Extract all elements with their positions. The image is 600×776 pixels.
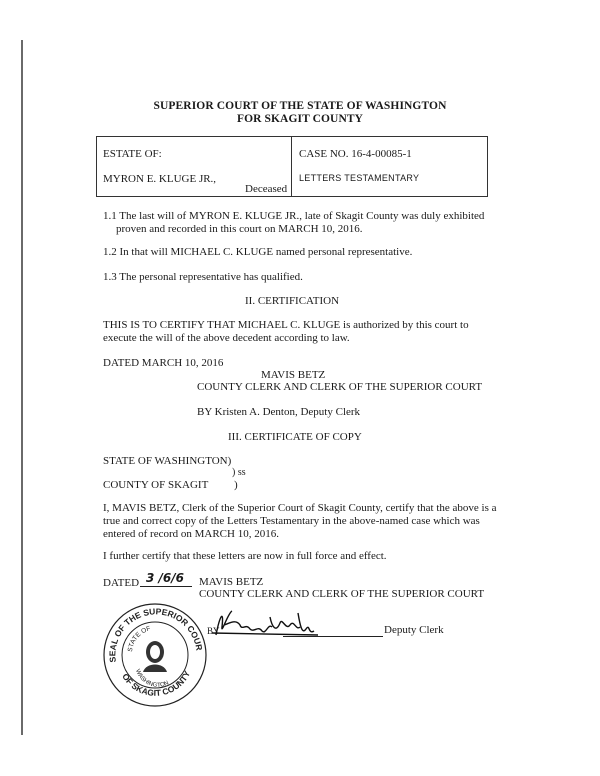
deputy-clerk-line: BY Kristen A. Denton, Deputy Clerk [197, 405, 360, 419]
caption-divider [291, 137, 292, 196]
date-underline [140, 586, 192, 587]
copy-body-1: I, MAVIS BETZ, Clerk of the Superior Cou… [103, 501, 497, 515]
document-type: LETTERS TESTAMENTARY [299, 173, 419, 183]
paragraph-1-1: 1.1 The last will of MYRON E. KLUGE JR.,… [103, 209, 484, 223]
dated-label: DATED [103, 576, 139, 590]
venue-state: STATE OF WASHINGTON) [103, 454, 231, 468]
clerk-title: COUNTY CLERK AND CLERK OF THE SUPERIOR C… [197, 380, 482, 394]
county-name: FOR SKAGIT COUNTY [0, 113, 600, 125]
copy-body-2: true and correct copy of the Letters Tes… [103, 514, 480, 528]
further-certify: I further certify that these letters are… [103, 549, 387, 563]
court-seal-icon: SEAL OF THE SUPERIOR COURT OF SKAGIT COU… [100, 600, 210, 710]
certification-date: DATED MARCH 10, 2016 [103, 356, 223, 370]
certification-body-2: execute the will of the above decedent a… [103, 331, 350, 345]
case-caption-box: ESTATE OF: MYRON E. KLUGE JR., Deceased … [96, 136, 488, 197]
certification-heading: II. CERTIFICATION [245, 294, 339, 308]
copy-body-3: entered of record on MARCH 10, 2016. [103, 527, 279, 541]
decedent-name: MYRON E. KLUGE JR., [103, 172, 216, 186]
certificate-of-copy-heading: III. CERTIFICATE OF COPY [228, 430, 362, 444]
left-margin-rule [21, 40, 23, 735]
copy-clerk-title: COUNTY CLERK AND CLERK OF THE SUPERIOR C… [199, 587, 484, 601]
decedent-status: Deceased [245, 182, 287, 196]
paragraph-1-1-cont: proven and recorded in this court on MAR… [116, 222, 363, 236]
certification-body-1: THIS IS TO CERTIFY THAT MICHAEL C. KLUGE… [103, 318, 469, 332]
paragraph-1-2: 1.2 In that will MICHAEL C. KLUGE named … [103, 245, 412, 259]
case-number: CASE NO. 16-4-00085-1 [299, 147, 412, 161]
court-name: SUPERIOR COURT OF THE STATE OF WASHINGTO… [0, 100, 600, 112]
paragraph-1-3: 1.3 The personal representative has qual… [103, 270, 303, 284]
deputy-clerk-label: Deputy Clerk [384, 623, 444, 637]
venue-county: COUNTY OF SKAGIT [103, 478, 208, 492]
handwritten-date: 3 /6/6 [146, 571, 184, 585]
estate-label: ESTATE OF: [103, 147, 162, 161]
venue-paren: ) [234, 478, 238, 492]
signature-scrawl [210, 605, 330, 643]
